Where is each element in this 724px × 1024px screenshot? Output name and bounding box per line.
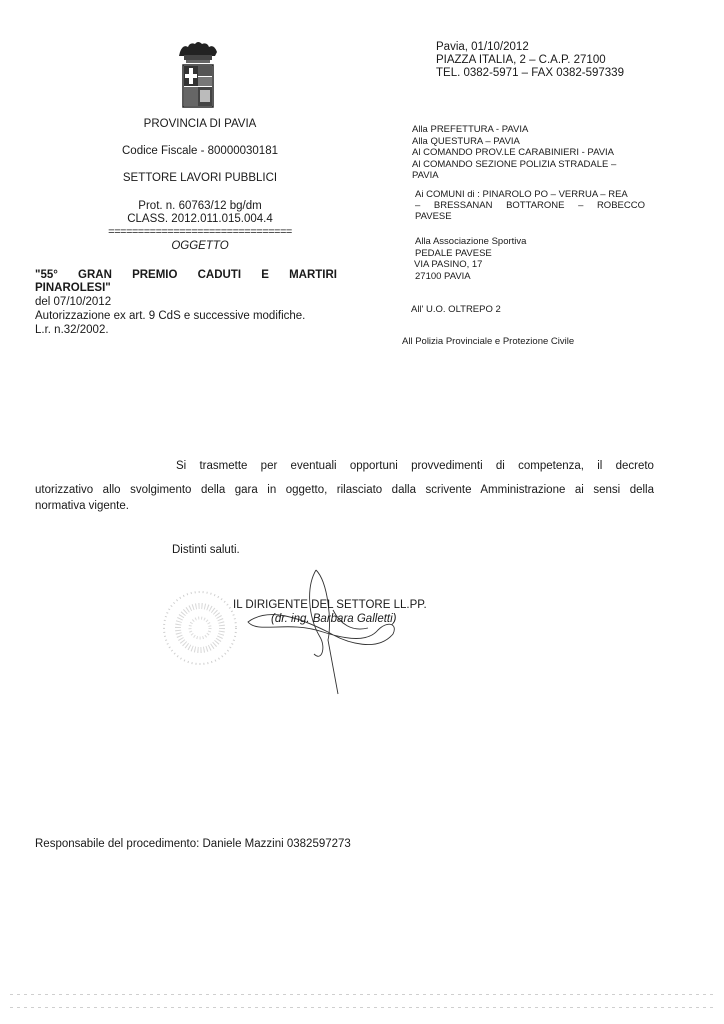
subject-word: MARTIRI xyxy=(289,268,337,282)
subject-title-line2: PINAROLESI" xyxy=(35,281,111,295)
body-word: decreto xyxy=(616,454,654,479)
comuni-word: – xyxy=(415,200,420,212)
comuni-word: BOTTARONE xyxy=(506,200,564,212)
closing-greeting: Distinti saluti. xyxy=(172,543,240,557)
recipient-association: Alla Associazione Sportiva PEDALE PAVESE… xyxy=(415,236,526,282)
fiscal-code: Codice Fiscale - 80000030181 xyxy=(40,144,360,158)
sector-name: SETTORE LAVORI PUBBLICI xyxy=(40,171,360,185)
recipient-line: PAVIA xyxy=(412,170,616,182)
recipient-line: 27100 PAVIA xyxy=(415,271,526,283)
responsible-officer: Responsabile del procedimento: Daniele M… xyxy=(35,837,351,851)
recipient-comuni-line3: PAVESE xyxy=(415,211,452,223)
recipients-group-authorities: Alla PREFETTURA - PAVIA Alla QUESTURA – … xyxy=(412,124,616,182)
coat-of-arms-emblem xyxy=(176,42,220,110)
recipient-line: VIA PASINO, 17 xyxy=(414,259,526,271)
subject-word: "55° xyxy=(35,268,58,282)
subject-title-line1: "55° GRAN PREMIO CADUTI E MARTIRI xyxy=(35,268,337,282)
body-word: il xyxy=(597,454,602,479)
scan-artifact-line xyxy=(10,994,714,995)
comuni-word: BRESSANAN xyxy=(434,200,493,212)
body-word: competenza, xyxy=(518,454,584,479)
recipient-line: Alla QUESTURA – PAVIA xyxy=(412,136,616,148)
province-name: PROVINCIA DI PAVIA xyxy=(40,117,360,131)
scan-artifact-line xyxy=(10,1007,714,1008)
place-date: Pavia, 01/10/2012 xyxy=(436,40,529,54)
separator-line: =============================== xyxy=(40,225,360,239)
recipient-comuni-line2: – BRESSANAN BOTTARONE – ROBECCO xyxy=(415,200,645,212)
body-word: di xyxy=(496,454,505,479)
body-word: eventuali xyxy=(291,454,337,479)
subject-law-reference: L.r. n.32/2002. xyxy=(35,323,109,337)
recipient-line: PEDALE PAVESE xyxy=(415,248,526,260)
protocol-number: Prot. n. 60763/12 bg/dm xyxy=(40,199,360,213)
body-word: provvedimenti xyxy=(411,454,483,479)
recipient-line: Alla PREFETTURA - PAVIA xyxy=(412,124,616,136)
body-word: opportuni xyxy=(350,454,398,479)
recipient-line: Al COMANDO SEZIONE POLIZIA STRADALE – xyxy=(412,159,616,171)
classification-code: CLASS. 2012.011.015.004.4 xyxy=(40,212,360,226)
body-word: trasmette xyxy=(199,454,247,479)
body-word: per xyxy=(261,454,278,479)
subject-word: CADUTI xyxy=(198,268,241,282)
office-phone-fax: TEL. 0382-5971 – FAX 0382-597339 xyxy=(436,66,624,80)
recipient-comuni-line1: Ai COMUNI di : PINAROLO PO – VERRUA – RE… xyxy=(415,189,628,201)
body-line1: Si trasmette per eventuali opportuni pro… xyxy=(176,454,654,479)
subject-word: GRAN xyxy=(78,268,112,282)
subject-authorization: Autorizzazione ex art. 9 CdS e successiv… xyxy=(35,309,305,323)
signatory-title: IL DIRIGENTE DEL SETTORE LL.PP. xyxy=(233,598,427,612)
body-line3: normativa vigente. xyxy=(35,494,129,519)
office-address: PIAZZA ITALIA, 2 – C.A.P. 27100 xyxy=(436,53,606,67)
recipient-line: Al COMANDO PROV.LE CARABINIERI - PAVIA xyxy=(412,147,616,159)
handwritten-signature-icon xyxy=(228,562,428,702)
recipient-police: All Polizia Provinciale e Protezione Civ… xyxy=(402,336,574,348)
body-word: Si xyxy=(176,454,186,479)
subject-word: E xyxy=(261,268,269,282)
comuni-word: – xyxy=(578,200,583,212)
subject-date: del 07/10/2012 xyxy=(35,295,111,309)
recipient-line: Alla Associazione Sportiva xyxy=(415,236,526,248)
recipient-uo-oltrepo: All' U.O. OLTREPO 2 xyxy=(411,304,501,316)
comuni-word: ROBECCO xyxy=(597,200,645,212)
subject-word: PREMIO xyxy=(132,268,177,282)
signatory-name: (dr. ing. Barbara Galletti) xyxy=(271,612,396,626)
subject-heading: OGGETTO xyxy=(40,239,360,253)
